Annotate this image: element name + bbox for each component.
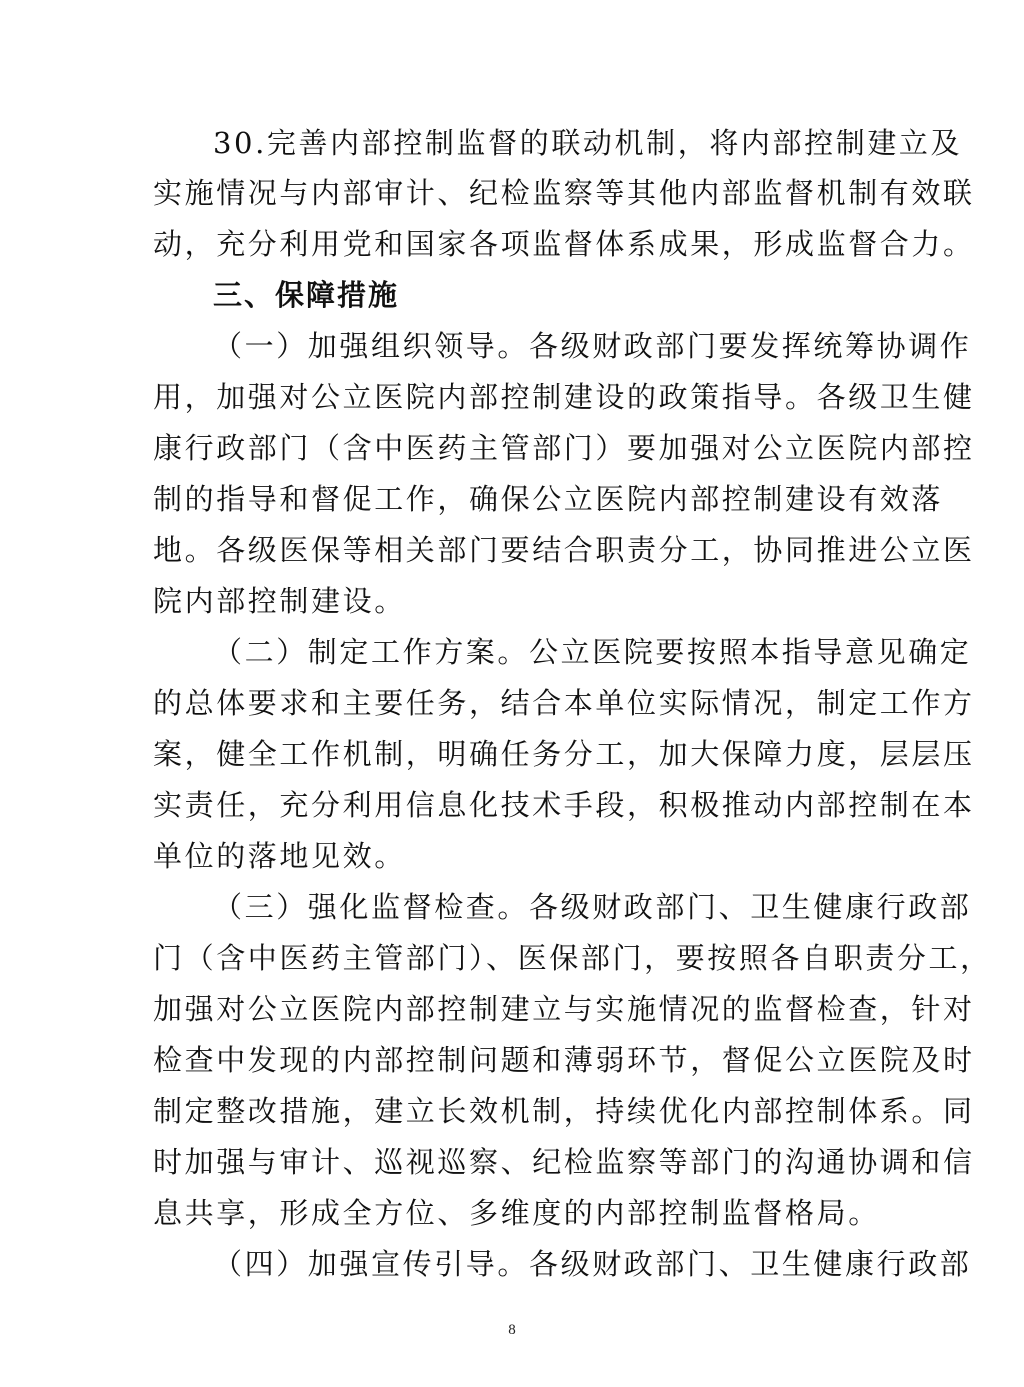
subsection-1-line-1: （一）加强组织领导。各级财政部门要发挥统筹协调作 [153, 321, 933, 371]
subsection-3-line-7: 息共享，形成全方位、多维度的内部控制监督格局。 [153, 1188, 873, 1238]
subsection-2-line-4: 实责任，充分利用信息化技术手段，积极推动内部控制在本 [153, 780, 873, 830]
subsection-2-line-1: （二）制定工作方案。公立医院要按照本指导意见确定 [153, 627, 933, 677]
subsection-2-line-2: 的总体要求和主要任务，结合本单位实际情况，制定工作方 [153, 678, 873, 728]
subsection-1-line-6: 院内部控制建设。 [153, 576, 873, 626]
subsection-3-line-6: 时加强与审计、巡视巡察、纪检监察等部门的沟通协调和信 [153, 1137, 873, 1187]
subsection-1-line-5: 地。各级医保等相关部门要结合职责分工，协同推进公立医 [153, 525, 873, 575]
subsection-4-line-1: （四）加强宣传引导。各级财政部门、卫生健康行政部 [153, 1239, 933, 1289]
subsection-1-line-4: 制的指导和督促工作，确保公立医院内部控制建设有效落 [153, 474, 873, 524]
paragraph-30-line-1: 30.完善内部控制监督的联动机制，将内部控制建立及 [153, 118, 933, 168]
paragraph-30-line-2: 实施情况与内部审计、纪检监察等其他内部监督机制有效联 [153, 168, 873, 218]
section-heading-safeguards: 三、保障措施 [153, 270, 933, 320]
subsection-3-line-3: 加强对公立医院内部控制建立与实施情况的监督检查，针对 [153, 984, 873, 1034]
subsection-3-line-4: 检查中发现的内部控制问题和薄弱环节，督促公立医院及时 [153, 1035, 873, 1085]
subsection-3-line-1: （三）强化监督检查。各级财政部门、卫生健康行政部 [153, 882, 933, 932]
subsection-3-line-2: 门（含中医药主管部门）、医保部门，要按照各自职责分工， [153, 933, 873, 983]
subsection-1-line-2: 用，加强对公立医院内部控制建设的政策指导。各级卫生健 [153, 372, 873, 422]
subsection-3-line-5: 制定整改措施，建立长效机制，持续优化内部控制体系。同 [153, 1086, 873, 1136]
subsection-1-line-3: 康行政部门（含中医药主管部门）要加强对公立医院内部控 [153, 423, 873, 473]
page-number: 8 [0, 1322, 1024, 1339]
paragraph-30-line-3: 动，充分利用党和国家各项监督体系成果，形成监督合力。 [153, 219, 873, 269]
subsection-2-line-3: 案，健全工作机制，明确任务分工，加大保障力度，层层压 [153, 729, 873, 779]
subsection-2-line-5: 单位的落地见效。 [153, 831, 873, 881]
